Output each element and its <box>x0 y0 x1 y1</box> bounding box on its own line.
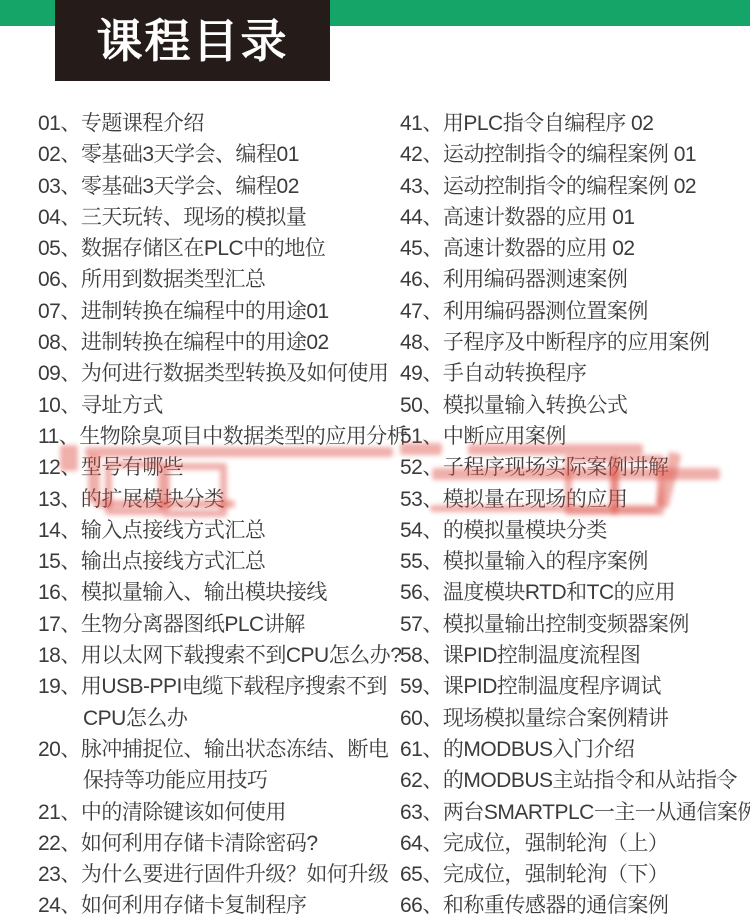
course-item-line: 23、为什么要进行固件升级？如何升级 <box>38 859 390 890</box>
course-item-number: 09、 <box>38 358 81 389</box>
course-item-line: 56、温度模块RTD和TC的应用 <box>400 577 745 608</box>
course-item-title: 输出点接线方式汇总 <box>81 546 266 577</box>
course-item-line: 08、进制转换在编程中的用途02 <box>38 327 390 358</box>
course-item-title: 温度模块RTD和TC的应用 <box>443 577 675 608</box>
course-item-line: 52、子程序现场实际案例讲解 <box>400 452 745 483</box>
course-item-title: 利用编码器测位置案例 <box>443 296 648 327</box>
course-item-title: 子程序现场实际案例讲解 <box>443 452 669 483</box>
course-item-number: 66、 <box>400 890 443 916</box>
course-item-line: 64、完成位，强制轮洵（上） <box>400 828 745 859</box>
course-item-line: 04、三天玩转、现场的模拟量 <box>38 202 390 233</box>
course-item-number: 01、 <box>38 108 81 139</box>
course-item-line: 63、两台SMARTPLC一主一从通信案例 <box>400 797 745 828</box>
course-item-number: 14、 <box>38 515 81 546</box>
course-item-number: 50、 <box>400 390 443 421</box>
course-item-line: 59、课PID控制温度程序调试 <box>400 671 745 702</box>
course-item-number: 04、 <box>38 202 81 233</box>
course-item-number: 06、 <box>38 264 81 295</box>
course-item-title: 如何利用存储卡复制程序 <box>81 890 307 916</box>
course-item-number: 24、 <box>38 890 81 916</box>
course-item-line: 07、进制转换在编程中的用途01 <box>38 296 390 327</box>
course-item-title: 如何利用存储卡清除密码? <box>81 828 318 859</box>
course-item-title: 中断应用案例 <box>443 421 566 452</box>
course-item-line: 43、运动控制指令的编程案例 02 <box>400 171 745 202</box>
course-item-title: 进制转换在编程中的用途02 <box>81 327 329 358</box>
course-column-left: 01、专题课程介绍02、零基础3天学会、编程0103、零基础3天学会、编程020… <box>38 108 390 916</box>
course-item-title: 模拟量输出控制变频器案例 <box>443 609 689 640</box>
course-item-line: 18、用以太网下载搜索不到CPU怎么办? <box>38 640 390 671</box>
course-item-number: 48、 <box>400 327 443 358</box>
course-item-title: 模拟量输入转换公式 <box>443 390 628 421</box>
course-item-title: 的模拟量模块分类 <box>443 515 607 546</box>
course-item-line: 61、的MODBUS入门介绍 <box>400 734 745 765</box>
course-item-number: 53、 <box>400 484 443 515</box>
course-item-line: 45、高速计数器的应用 02 <box>400 233 745 264</box>
course-item-line: 15、输出点接线方式汇总 <box>38 546 390 577</box>
course-item-number: 13、 <box>38 484 81 515</box>
course-item-number: 55、 <box>400 546 443 577</box>
course-item-title: 完成位，强制轮洵（上） <box>443 828 669 859</box>
course-item-line: 20、脉冲捕捉位、输出状态冻结、断电 <box>38 734 390 765</box>
course-item-title: 运动控制指令的编程案例 02 <box>443 171 696 202</box>
course-item-title: 中的清除键该如何使用 <box>81 797 286 828</box>
course-item-title: 用以太网下载搜索不到CPU怎么办? <box>81 640 402 671</box>
course-item-title: 课PID控制温度程序调试 <box>443 671 661 702</box>
course-item-title: 零基础3天学会、编程02 <box>81 171 299 202</box>
course-item-line: 24、如何利用存储卡复制程序 <box>38 890 390 916</box>
course-item-number: 62、 <box>400 765 443 796</box>
course-item-number: 10、 <box>38 390 81 421</box>
course-item-line: 58、课PID控制温度流程图 <box>400 640 745 671</box>
course-item-line: 10、寻址方式 <box>38 390 390 421</box>
course-item-number: 12、 <box>38 452 81 483</box>
course-item-line: 41、用PLC指令自编程序 02 <box>400 108 745 139</box>
course-item-title: 型号有哪些 <box>81 452 184 483</box>
course-item-line: 55、模拟量输入的程序案例 <box>400 546 745 577</box>
course-item-line: 65、完成位，强制轮洵（下） <box>400 859 745 890</box>
course-item-title: 完成位，强制轮洵（下） <box>443 859 669 890</box>
course-item-number: 43、 <box>400 171 443 202</box>
course-item-line: 44、高速计数器的应用 01 <box>400 202 745 233</box>
course-item-number: 16、 <box>38 577 81 608</box>
course-item-number: 15、 <box>38 546 81 577</box>
course-item-number: 45、 <box>400 233 443 264</box>
course-item-line: 13、的扩展模块分类 <box>38 484 390 515</box>
course-item-title: 手自动转换程序 <box>443 358 587 389</box>
course-item-title: 三天玩转、现场的模拟量 <box>81 202 307 233</box>
course-item-line: 16、模拟量输入、输出模块接线 <box>38 577 390 608</box>
course-item-title: 进制转换在编程中的用途01 <box>81 296 329 327</box>
course-item-title: 模拟量在现场的应用 <box>443 484 628 515</box>
course-item-line: 53、模拟量在现场的应用 <box>400 484 745 515</box>
course-item-line: 11、生物除臭项目中数据类型的应用分析 <box>38 421 390 452</box>
course-item-title: 的扩展模块分类 <box>81 484 225 515</box>
course-item-title: 模拟量输入的程序案例 <box>443 546 648 577</box>
course-item-number: 54、 <box>400 515 443 546</box>
course-item-title: 模拟量输入、输出模块接线 <box>81 577 327 608</box>
course-item-line: 17、生物分离器图纸PLC讲解 <box>38 609 390 640</box>
course-item-number: 61、 <box>400 734 443 765</box>
course-item-title: 用PLC指令自编程序 02 <box>443 108 654 139</box>
course-item-number: 07、 <box>38 296 81 327</box>
course-item-line: 19、用USB-PPI电缆下载程序搜索不到 <box>38 671 390 702</box>
course-item-title: 生物除臭项目中数据类型的应用分析 <box>79 421 407 452</box>
course-item-line: 21、中的清除键该如何使用 <box>38 797 390 828</box>
title-box: 课程目录 <box>55 0 330 81</box>
course-item-number: 47、 <box>400 296 443 327</box>
course-item-title: 利用编码器测速案例 <box>443 264 628 295</box>
course-item-title: 脉冲捕捉位、输出状态冻结、断电 <box>81 734 389 765</box>
course-item-title: 现场模拟量综合案例精讲 <box>443 703 669 734</box>
course-item-line: 06、所用到数据类型汇总 <box>38 264 390 295</box>
course-item-line: 保持等功能应用技巧 <box>38 765 390 796</box>
course-item-title: 输入点接线方式汇总 <box>81 515 266 546</box>
course-item-line: 05、数据存储区在PLC中的地位 <box>38 233 390 264</box>
course-item-line: 03、零基础3天学会、编程02 <box>38 171 390 202</box>
course-item-title: CPU怎么办 <box>83 703 187 734</box>
course-item-number: 19、 <box>38 671 81 702</box>
course-item-number: 51、 <box>400 421 443 452</box>
course-item-number: 20、 <box>38 734 81 765</box>
course-item-number: 42、 <box>400 139 443 170</box>
course-item-line: 47、利用编码器测位置案例 <box>400 296 745 327</box>
course-item-number: 60、 <box>400 703 443 734</box>
course-item-line: 48、子程序及中断程序的应用案例 <box>400 327 745 358</box>
course-item-title: 的MODBUS主站指令和从站指令 <box>443 765 737 796</box>
course-item-line: 60、现场模拟量综合案例精讲 <box>400 703 745 734</box>
page-title: 课程目录 <box>97 18 289 64</box>
course-item-number: 49、 <box>400 358 443 389</box>
course-item-line: 57、模拟量输出控制变频器案例 <box>400 609 745 640</box>
course-item-number: 52、 <box>400 452 443 483</box>
course-item-number: 08、 <box>38 327 81 358</box>
course-item-title: 生物分离器图纸PLC讲解 <box>81 609 305 640</box>
course-item-line: 66、和称重传感器的通信案例 <box>400 890 745 916</box>
course-item-line: 22、如何利用存储卡清除密码? <box>38 828 390 859</box>
course-item-title: 高速计数器的应用 02 <box>443 233 635 264</box>
course-item-number: 17、 <box>38 609 81 640</box>
course-item-title: 保持等功能应用技巧 <box>83 765 268 796</box>
course-item-title: 专题课程介绍 <box>81 108 204 139</box>
course-item-number: 59、 <box>400 671 443 702</box>
course-item-number: 22、 <box>38 828 81 859</box>
course-item-line: 42、运动控制指令的编程案例 01 <box>400 139 745 170</box>
course-item-line: CPU怎么办 <box>38 703 390 734</box>
course-item-number: 57、 <box>400 609 443 640</box>
course-item-number: 64、 <box>400 828 443 859</box>
course-item-line: 54、的模拟量模块分类 <box>400 515 745 546</box>
course-item-line: 49、手自动转换程序 <box>400 358 745 389</box>
course-item-number: 41、 <box>400 108 443 139</box>
course-item-line: 01、专题课程介绍 <box>38 108 390 139</box>
page: 课程目录 01、专题课程介绍02、零基础3天学会、编程0103、零基础3天学会、… <box>0 0 750 916</box>
course-item-number: 56、 <box>400 577 443 608</box>
course-item-title: 子程序及中断程序的应用案例 <box>443 327 710 358</box>
course-item-title: 所用到数据类型汇总 <box>81 264 266 295</box>
course-item-number: 21、 <box>38 797 81 828</box>
course-item-number: 05、 <box>38 233 81 264</box>
course-item-number: 65、 <box>400 859 443 890</box>
course-item-number: 02、 <box>38 139 81 170</box>
course-item-title: 运动控制指令的编程案例 01 <box>443 139 696 170</box>
course-item-title: 数据存储区在PLC中的地位 <box>81 233 325 264</box>
course-item-number: 44、 <box>400 202 443 233</box>
course-item-title: 寻址方式 <box>81 390 163 421</box>
course-item-title: 零基础3天学会、编程01 <box>81 139 299 170</box>
course-item-line: 62、的MODBUS主站指令和从站指令 <box>400 765 745 796</box>
course-item-title: 高速计数器的应用 01 <box>443 202 635 233</box>
course-item-title: 的MODBUS入门介绍 <box>443 734 635 765</box>
course-item-line: 14、输入点接线方式汇总 <box>38 515 390 546</box>
course-item-title: 两台SMARTPLC一主一从通信案例 <box>443 797 750 828</box>
course-item-number: 03、 <box>38 171 81 202</box>
course-item-line: 02、零基础3天学会、编程01 <box>38 139 390 170</box>
course-item-line: 51、中断应用案例 <box>400 421 745 452</box>
course-item-number: 23、 <box>38 859 81 890</box>
course-item-title: 和称重传感器的通信案例 <box>443 890 669 916</box>
course-item-number: 63、 <box>400 797 443 828</box>
course-column-right: 41、用PLC指令自编程序 0242、运动控制指令的编程案例 0143、运动控制… <box>400 108 745 916</box>
course-item-title: 课PID控制温度流程图 <box>443 640 641 671</box>
course-item-number: 58、 <box>400 640 443 671</box>
course-item-number: 11、 <box>38 421 79 452</box>
course-item-line: 12、型号有哪些 <box>38 452 390 483</box>
course-item-title: 为何进行数据类型转换及如何使用 <box>81 358 389 389</box>
course-item-number: 46、 <box>400 264 443 295</box>
course-item-line: 46、利用编码器测速案例 <box>400 264 745 295</box>
course-item-line: 09、为何进行数据类型转换及如何使用 <box>38 358 390 389</box>
course-item-title: 用USB-PPI电缆下载程序搜索不到 <box>81 671 387 702</box>
course-item-number: 18、 <box>38 640 81 671</box>
course-item-title: 为什么要进行固件升级？如何升级 <box>81 859 389 890</box>
course-item-line: 50、模拟量输入转换公式 <box>400 390 745 421</box>
